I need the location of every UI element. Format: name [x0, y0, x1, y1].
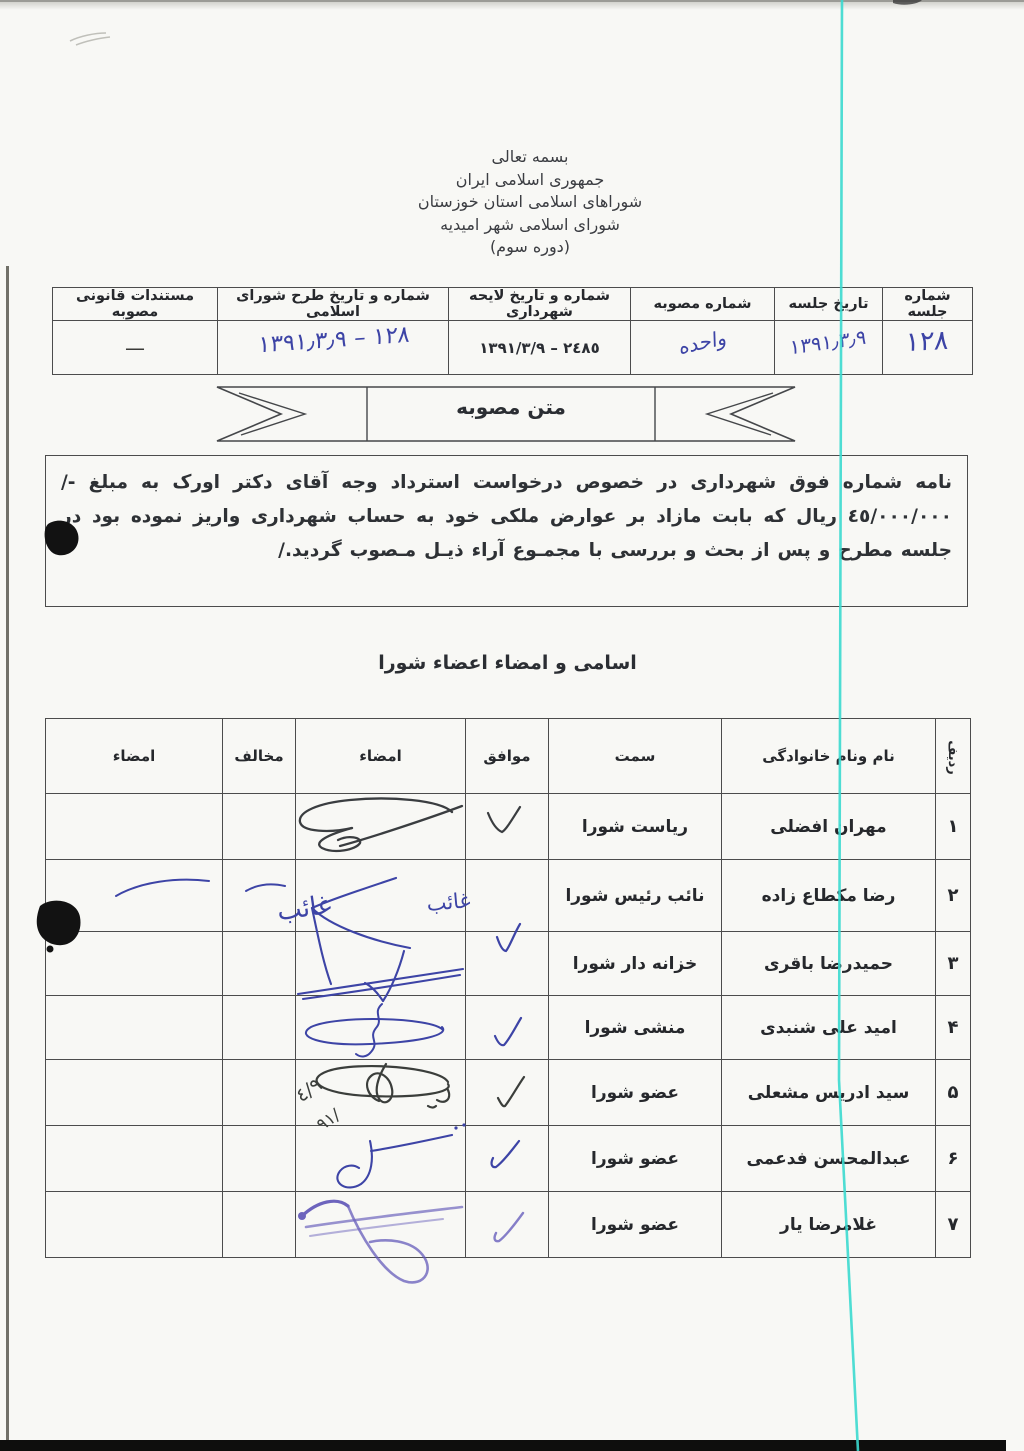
scanned-council-resolution-page: بسمه تعالی جمهوری اسلامی ایران شوراهای ا…: [0, 0, 1024, 1451]
letterhead-country: جمهوری اسلامی ایران: [40, 169, 1020, 192]
letterhead-org: شوراهای اسلامی استان خوزستان: [40, 191, 1020, 214]
header-signature-2: امضاء: [46, 719, 223, 794]
ribbon-right-chevron-icon: [707, 393, 773, 435]
letterhead-invocation: بسمه تعالی: [40, 146, 1020, 169]
member-position: عضو شورا: [549, 1126, 722, 1192]
member-name: غلامرضا یار: [722, 1192, 936, 1258]
cell-municipality-bill: ٢٤٨٥ – ١٣٩١/٣/٩: [449, 321, 631, 375]
header-municipality-bill: شماره و تاریخ لایحه شهرداری: [449, 288, 631, 321]
header-signature: امضاء: [296, 719, 466, 794]
header-resolution-no: شماره مصوبه: [631, 288, 775, 321]
oppose-cell: [223, 1192, 296, 1258]
scan-top-edge-line: [0, 0, 1024, 2]
agree-cell: [466, 1060, 549, 1126]
signature-cell: [296, 860, 466, 932]
member-position: ریاست شورا: [549, 794, 722, 860]
member-name: مهران افضلی: [722, 794, 936, 860]
oppose-cell: [223, 1060, 296, 1126]
banner-title: متن مصوبه: [367, 395, 655, 419]
signature2-cell: [46, 794, 223, 860]
member-no: ۳: [936, 932, 971, 996]
oppose-cell: [223, 996, 296, 1060]
agree-cell: [466, 932, 549, 996]
letterhead-council: شورای اسلامی شهر امیدیه: [40, 214, 1020, 237]
member-row: ۲ رضا مکطاع زاده نائب رئیس شورا: [46, 860, 971, 932]
member-no: ۲: [936, 860, 971, 932]
member-no: ۴: [936, 996, 971, 1060]
member-position: عضو شورا: [549, 1192, 722, 1258]
letterhead-term: (دوره سوم): [40, 236, 1020, 259]
signatures-table: ردیف نام ونام خانوادگی سمت موافق امضاء م…: [45, 718, 971, 1258]
signature2-cell: [46, 860, 223, 932]
member-no: ۶: [936, 1126, 971, 1192]
agree-cell: [466, 996, 549, 1060]
signature2-cell: [46, 996, 223, 1060]
cell-legal-refs: —: [53, 321, 218, 375]
agree-cell: [466, 1192, 549, 1258]
resolution-text: نامه شماره فوق شهرداری در خصوص درخواست ا…: [61, 466, 952, 568]
member-name: حمیدرضا باقری: [722, 932, 936, 996]
header-legal-refs: مستندات قانونی مصوبه: [53, 288, 218, 321]
member-position: عضو شورا: [549, 1060, 722, 1126]
header-session-date: تاریخ جلسه: [775, 288, 883, 321]
signature-cell: [296, 996, 466, 1060]
header-row-no: ردیف: [936, 719, 971, 794]
signatures-header-row: ردیف نام ونام خانوادگی سمت موافق امضاء م…: [46, 719, 971, 794]
member-row: ۱ مهران افضلی ریاست شورا: [46, 794, 971, 860]
pencil-scribble: [70, 33, 110, 45]
header-agree: موافق: [466, 719, 549, 794]
scan-left-edge-shadow: [6, 266, 9, 1444]
member-row: ۳ حمیدرضا باقری خزانه دار شورا: [46, 932, 971, 996]
member-name: رضا مکطاع زاده: [722, 860, 936, 932]
member-position: نائب رئیس شورا: [549, 860, 722, 932]
signature-cell: [296, 794, 466, 860]
header-oppose: مخالف: [223, 719, 296, 794]
signature2-cell: [46, 1126, 223, 1192]
member-no: ۵: [936, 1060, 971, 1126]
member-no: ۱: [936, 794, 971, 860]
member-name: امید علی شنبدی: [722, 996, 936, 1060]
signatures-section-title: اسامی و امضاء اعضاء شورا: [45, 652, 970, 674]
letterhead: بسمه تعالی جمهوری اسلامی ایران شوراهای ا…: [40, 146, 1020, 259]
oppose-cell: [223, 794, 296, 860]
signature-cell: [296, 1060, 466, 1126]
member-row: ۴ امید علی شنبدی منشی شورا: [46, 996, 971, 1060]
header-council-plan: شماره و تاریخ طرح شورای اسلامی: [218, 288, 449, 321]
member-position: خزانه دار شورا: [549, 932, 722, 996]
member-row: ۷ غلامرضا یار عضو شورا: [46, 1192, 971, 1258]
header-member-name: نام ونام خانوادگی: [722, 719, 936, 794]
member-name: عبدالمحسن فدعمی: [722, 1126, 936, 1192]
member-name: سید ادریس مشعلی: [722, 1060, 936, 1126]
oppose-cell: [223, 860, 296, 932]
signature2-cell: [46, 932, 223, 996]
agree-cell: [466, 860, 549, 932]
signature-cell: [296, 1192, 466, 1258]
header-position: سمت: [549, 719, 722, 794]
member-row: ۵ سید ادریس مشعلی عضو شورا: [46, 1060, 971, 1126]
handwritten-session-no: ۱۲۸: [885, 324, 969, 359]
header-session-no: شماره جلسه: [883, 288, 973, 321]
member-row: ۶ عبدالمحسن فدعمی عضو شورا: [46, 1126, 971, 1192]
agree-cell: [466, 1126, 549, 1192]
resolution-text-box: نامه شماره فوق شهرداری در خصوص درخواست ا…: [45, 455, 968, 607]
signature2-cell: [46, 1192, 223, 1258]
member-no: ۷: [936, 1192, 971, 1258]
oppose-cell: [223, 932, 296, 996]
signature-cell: [296, 932, 466, 996]
member-position: منشی شورا: [549, 996, 722, 1060]
signature2-cell: [46, 1060, 223, 1126]
oppose-cell: [223, 1126, 296, 1192]
scan-bottom-edge-bar: [0, 1440, 1006, 1451]
ribbon-left-chevron-icon: [239, 393, 305, 435]
agree-cell: [466, 794, 549, 860]
signature-cell: [296, 1126, 466, 1192]
